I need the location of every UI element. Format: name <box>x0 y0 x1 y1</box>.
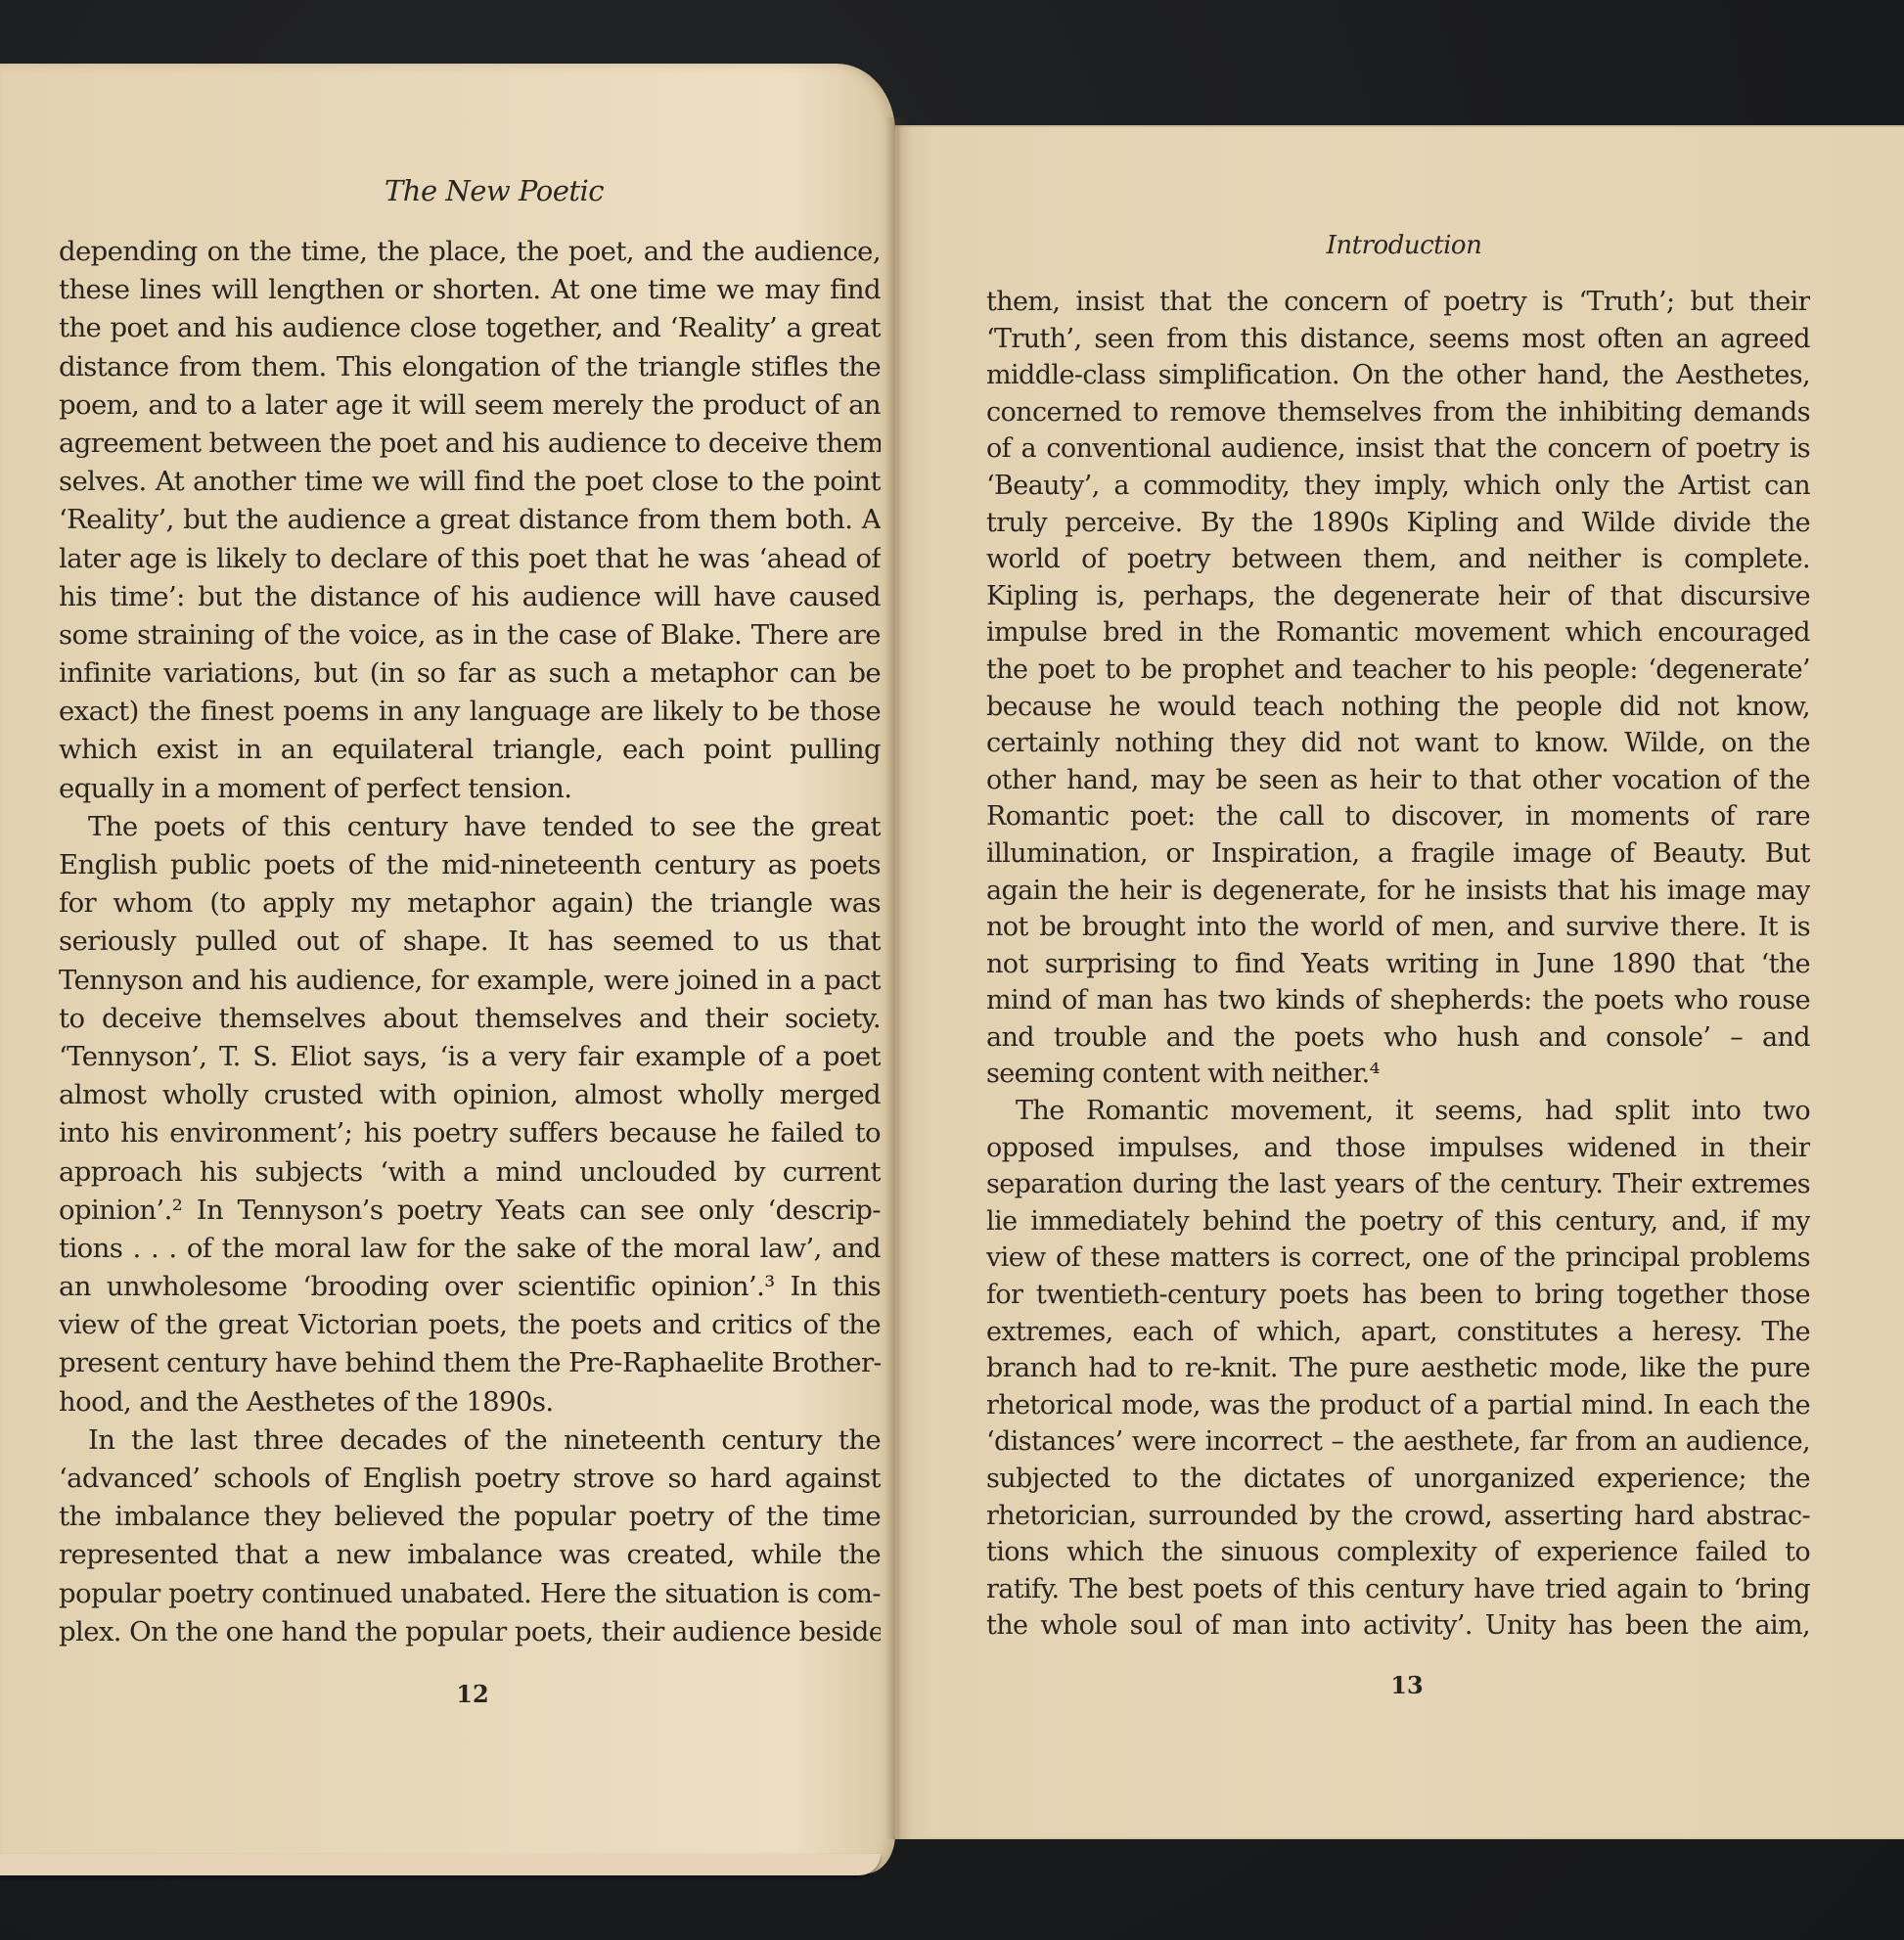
text-line: Kipling is, perhaps, the degenerate heir… <box>986 578 1810 615</box>
text-line: later age is likely to declare of this p… <box>59 540 881 578</box>
text-line: ‘Truth’, seen from this distance, seems … <box>986 321 1810 358</box>
paragraph-start: The Romantic movement, it seems, had spl… <box>986 1093 1810 1130</box>
paragraph-start: In the last three decades of the ninetee… <box>59 1421 881 1460</box>
text-line: exact) the finest poems in any language … <box>59 693 881 731</box>
text-line: to deceive themselves about themselves a… <box>59 1000 881 1038</box>
left-page-body: depending on the time, the place, the po… <box>59 233 881 1651</box>
text-line: truly perceive. By the 1890s Kipling and… <box>986 505 1810 542</box>
text-line: into his environment’; his poetry suffer… <box>59 1114 881 1152</box>
text-line: world of poetry between them, and neithe… <box>986 541 1810 578</box>
text-line: opinion’.² In Tennyson’s poetry Yeats ca… <box>59 1192 881 1230</box>
text-line: illumination, or Inspiration, a fragile … <box>986 835 1810 873</box>
text-line: for whom (to apply my metaphor again) th… <box>59 884 881 923</box>
text-line: approach his subjects ‘with a mind unclo… <box>59 1153 881 1192</box>
left-page-edge <box>0 1854 881 1875</box>
text-line: ‘Tennyson’, T. S. Eliot says, ‘is a very… <box>59 1038 881 1076</box>
text-line: and trouble and the poets who hush and c… <box>986 1019 1810 1057</box>
right-page-body: them, insist that the concern of poetry … <box>986 284 1810 1645</box>
text-line: for twentieth-century poets has been to … <box>986 1277 1810 1314</box>
text-line: present century have behind them the Pre… <box>59 1344 881 1382</box>
text-line: the imbalance they believed the popular … <box>59 1498 881 1536</box>
text-line: seriously pulled out of shape. It has se… <box>59 923 881 961</box>
text-line: certainly nothing they did not want to k… <box>986 725 1810 762</box>
text-line: selves. At another time we will find the… <box>59 463 881 501</box>
text-line: agreement between the poet and his audie… <box>59 425 881 463</box>
text-line: Tennyson and his audience, for example, … <box>59 962 881 1000</box>
text-line: English public poets of the mid-nineteen… <box>59 846 881 884</box>
text-line: ‘advanced’ schools of English poetry str… <box>59 1460 881 1498</box>
text-line: his time’: but the distance of his audie… <box>59 578 881 616</box>
text-line: lie immediately behind the poetry of thi… <box>986 1203 1810 1241</box>
text-line: seeming content with neither.⁴ <box>986 1056 1810 1093</box>
text-line: of a conventional audience, insist that … <box>986 430 1810 468</box>
text-line: other hand, may be seen as heir to that … <box>986 762 1810 799</box>
text-line: which exist in an equilateral triangle, … <box>59 731 881 769</box>
text-line: popular poetry continued unabated. Here … <box>59 1575 881 1613</box>
text-line: tions which the sinuous complexity of ex… <box>986 1534 1810 1571</box>
paragraph-start: The poets of this century have tended to… <box>59 808 881 846</box>
running-head-left: The New Poetic <box>385 174 604 207</box>
text-line: subjected to the dictates of unorganized… <box>986 1461 1810 1498</box>
text-line: because he would teach nothing the peopl… <box>986 689 1810 726</box>
text-line: again the heir is degenerate, for he ins… <box>986 873 1810 910</box>
text-line: the poet and his audience close together… <box>59 309 881 347</box>
text-line: rhetorical mode, was the product of a pa… <box>986 1387 1810 1424</box>
text-line: hood, and the Aesthetes of the 1890s. <box>59 1383 881 1421</box>
text-line: almost wholly crusted with opinion, almo… <box>59 1076 881 1114</box>
text-line: view of these matters is correct, one of… <box>986 1240 1810 1277</box>
text-line: not be brought into the world of men, an… <box>986 909 1810 946</box>
text-line: represented that a new imbalance was cre… <box>59 1536 881 1574</box>
text-line: infinite variations, but (in so far as s… <box>59 654 881 693</box>
text-line: ‘Beauty’, a commodity, they imply, which… <box>986 468 1810 505</box>
text-line: poem, and to a later age it will seem me… <box>59 386 881 425</box>
text-line: depending on the time, the place, the po… <box>59 233 881 271</box>
text-line: an unwholesome ‘brooding over scientific… <box>59 1268 881 1306</box>
text-line: separation during the last years of the … <box>986 1166 1810 1203</box>
text-line: not surprising to find Yeats writing in … <box>986 946 1810 983</box>
text-line: these lines will lengthen or shorten. At… <box>59 271 881 309</box>
running-head-right: Introduction <box>1327 231 1482 260</box>
text-line: plex. On the one hand the popular poets,… <box>59 1613 881 1651</box>
text-line: opposed impulses, and those impulses wid… <box>986 1130 1810 1167</box>
text-line: the poet to be prophet and teacher to hi… <box>986 652 1810 689</box>
text-line: ratify. The best poets of this century h… <box>986 1571 1810 1608</box>
text-line: distance from them. This elongation of t… <box>59 348 881 386</box>
text-line: ‘distances’ were incorrect – the aesthet… <box>986 1423 1810 1461</box>
book-gutter <box>885 117 913 1839</box>
text-line: Romantic poet: the call to discover, in … <box>986 798 1810 835</box>
page-number-right: 13 <box>1390 1671 1423 1699</box>
text-line: ‘Reality’, but the audience a great dist… <box>59 501 881 539</box>
text-line: rhetorician, surrounded by the crowd, as… <box>986 1498 1810 1535</box>
page-number-left: 12 <box>456 1680 488 1708</box>
text-line: view of the great Victorian poets, the p… <box>59 1306 881 1344</box>
text-line: mind of man has two kinds of shepherds: … <box>986 982 1810 1019</box>
text-line: branch had to re-knit. The pure aestheti… <box>986 1350 1810 1387</box>
text-line: them, insist that the concern of poetry … <box>986 284 1810 321</box>
text-line: equally in a moment of perfect tension. <box>59 770 881 808</box>
text-line: the whole soul of man into activity’. Un… <box>986 1607 1810 1645</box>
text-line: tions . . . of the moral law for the sak… <box>59 1230 881 1268</box>
text-line: some straining of the voice, as in the c… <box>59 616 881 654</box>
text-line: concerned to remove themselves from the … <box>986 394 1810 431</box>
text-line: middle-class simplification. On the othe… <box>986 357 1810 394</box>
text-line: impulse bred in the Romantic movement wh… <box>986 614 1810 652</box>
text-line: extremes, each of which, apart, constitu… <box>986 1314 1810 1351</box>
